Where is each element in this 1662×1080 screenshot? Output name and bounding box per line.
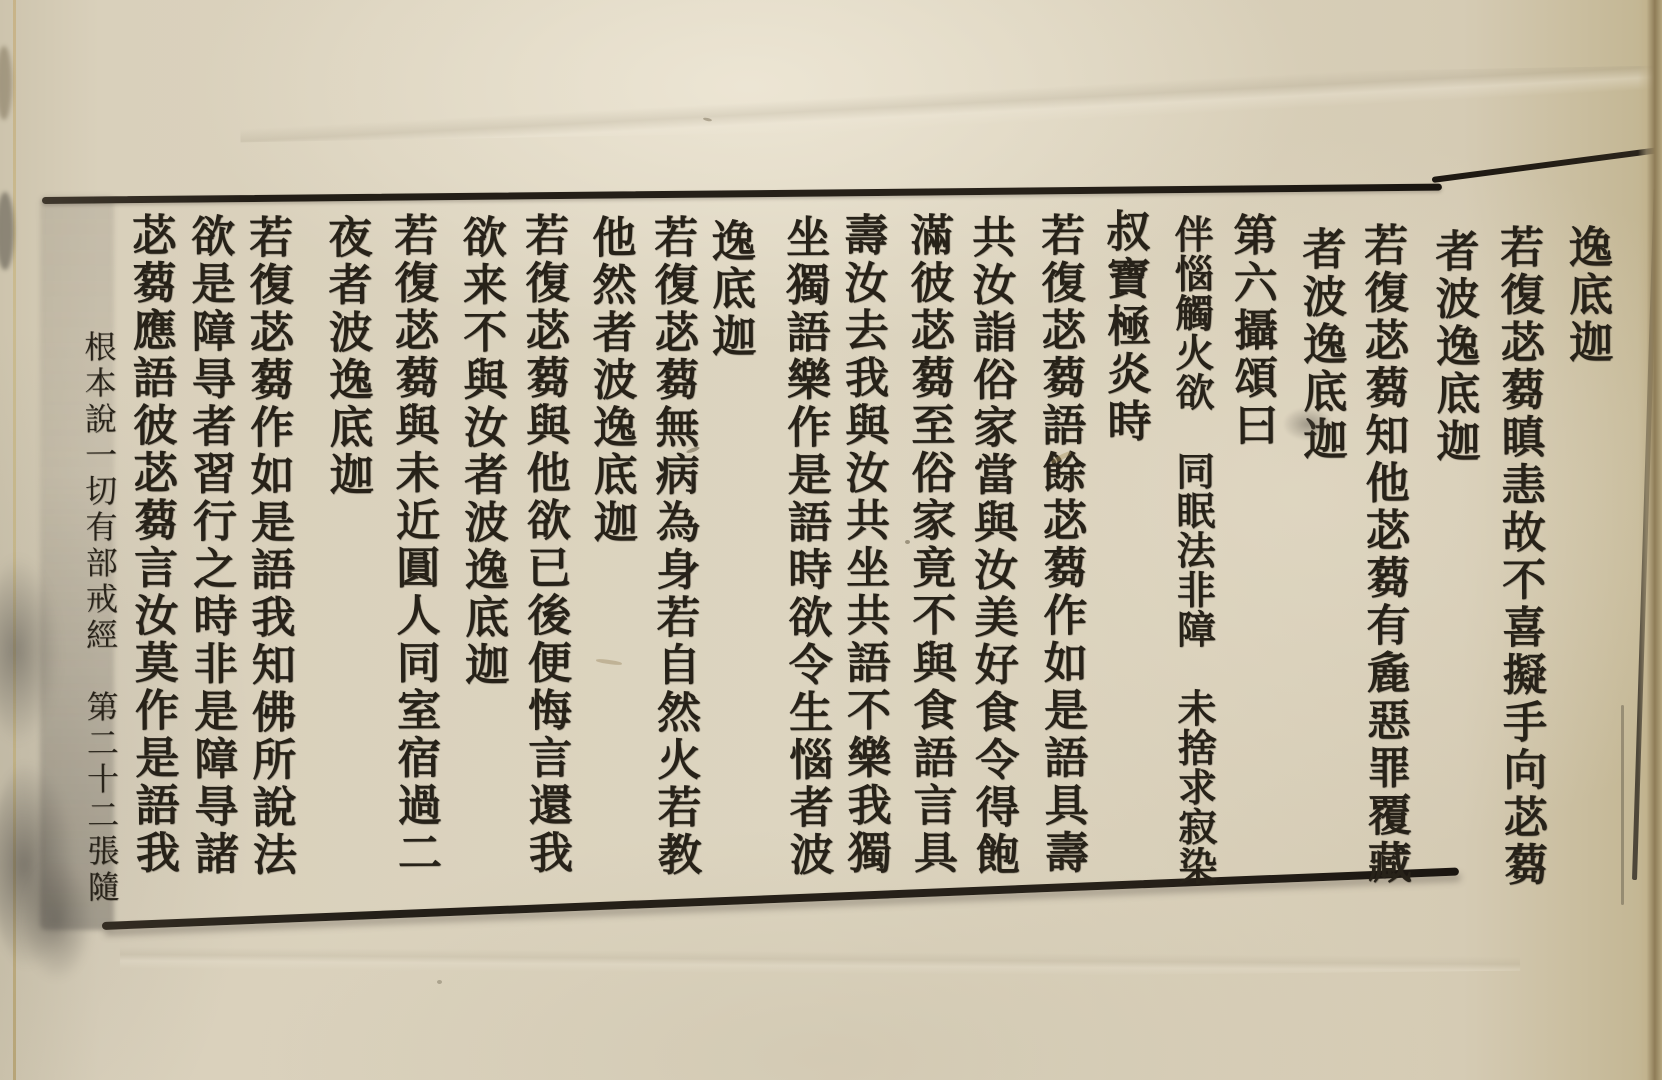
text-column: 苾蒭應語彼苾蒭言汝莫作是語我 xyxy=(127,212,175,877)
section-heading-column: 第六攝頌曰 xyxy=(1228,212,1273,450)
text-column: 壽汝去我與汝共坐共語不樂我獨 xyxy=(839,212,887,877)
paper-speck xyxy=(1528,762,1535,767)
text-column: 若復苾蒭無病為身若自然火若教 xyxy=(649,214,697,879)
verse-column: 伴惱觸火欲 同眠法非障 未捨求寂染 xyxy=(1171,214,1214,886)
sheet-colophon-column: 根本說一切有部戒經 第二十二張隨 xyxy=(82,330,118,906)
text-column: 若復苾蒭作如是語我知佛所說法 xyxy=(244,214,292,879)
text-column: 若復苾蒭知他苾蒭有麁惡罪覆藏 xyxy=(1359,222,1407,887)
text-column: 若復苾蒭與他欲已後便悔言還我 xyxy=(520,212,568,877)
text-column: 若復苾蒭與未近圓人同室宿過二 xyxy=(389,212,437,877)
text-column: 若復苾蒭語餘苾蒭作如是語具壽 xyxy=(1036,212,1084,877)
text-column: 他然者波逸底迦 xyxy=(587,214,633,547)
paper-speck xyxy=(437,980,442,984)
text-column: 者波逸底迦 xyxy=(1430,228,1475,466)
text-column: 坐獨語樂作是語時欲令生惱者波 xyxy=(781,214,829,879)
manuscript-page: 逸底迦 若復苾蒭瞋恚故不喜擬手向苾蒭 者波逸底迦 若復苾蒭知他苾蒭有麁惡罪覆藏 … xyxy=(0,0,1662,1080)
paper-speck xyxy=(905,540,910,544)
text-block: 逸底迦 若復苾蒭瞋恚故不喜擬手向苾蒭 者波逸底迦 若復苾蒭知他苾蒭有麁惡罪覆藏 … xyxy=(0,0,1662,1080)
text-column: 夜者波逸底迦 xyxy=(323,214,369,499)
ink-smudge-mark xyxy=(1284,408,1332,440)
text-column: 逸底迦 xyxy=(707,218,752,361)
text-column: 共汝詣俗家當與汝美好食令得飽 xyxy=(967,214,1015,879)
text-column: 滿彼苾蒭至俗家竟不與食語言具 xyxy=(905,212,953,877)
text-column: 逸底迦 xyxy=(1564,224,1609,367)
text-column: 欲是障㝵者習行之時非是障㝵諸 xyxy=(186,213,234,878)
verse-column: 叔寶極炎時 xyxy=(1101,208,1146,446)
text-column: 若復苾蒭瞋恚故不喜擬手向苾蒭 xyxy=(1495,224,1543,889)
text-column: 欲来不與汝者波逸底迦 xyxy=(458,214,505,689)
